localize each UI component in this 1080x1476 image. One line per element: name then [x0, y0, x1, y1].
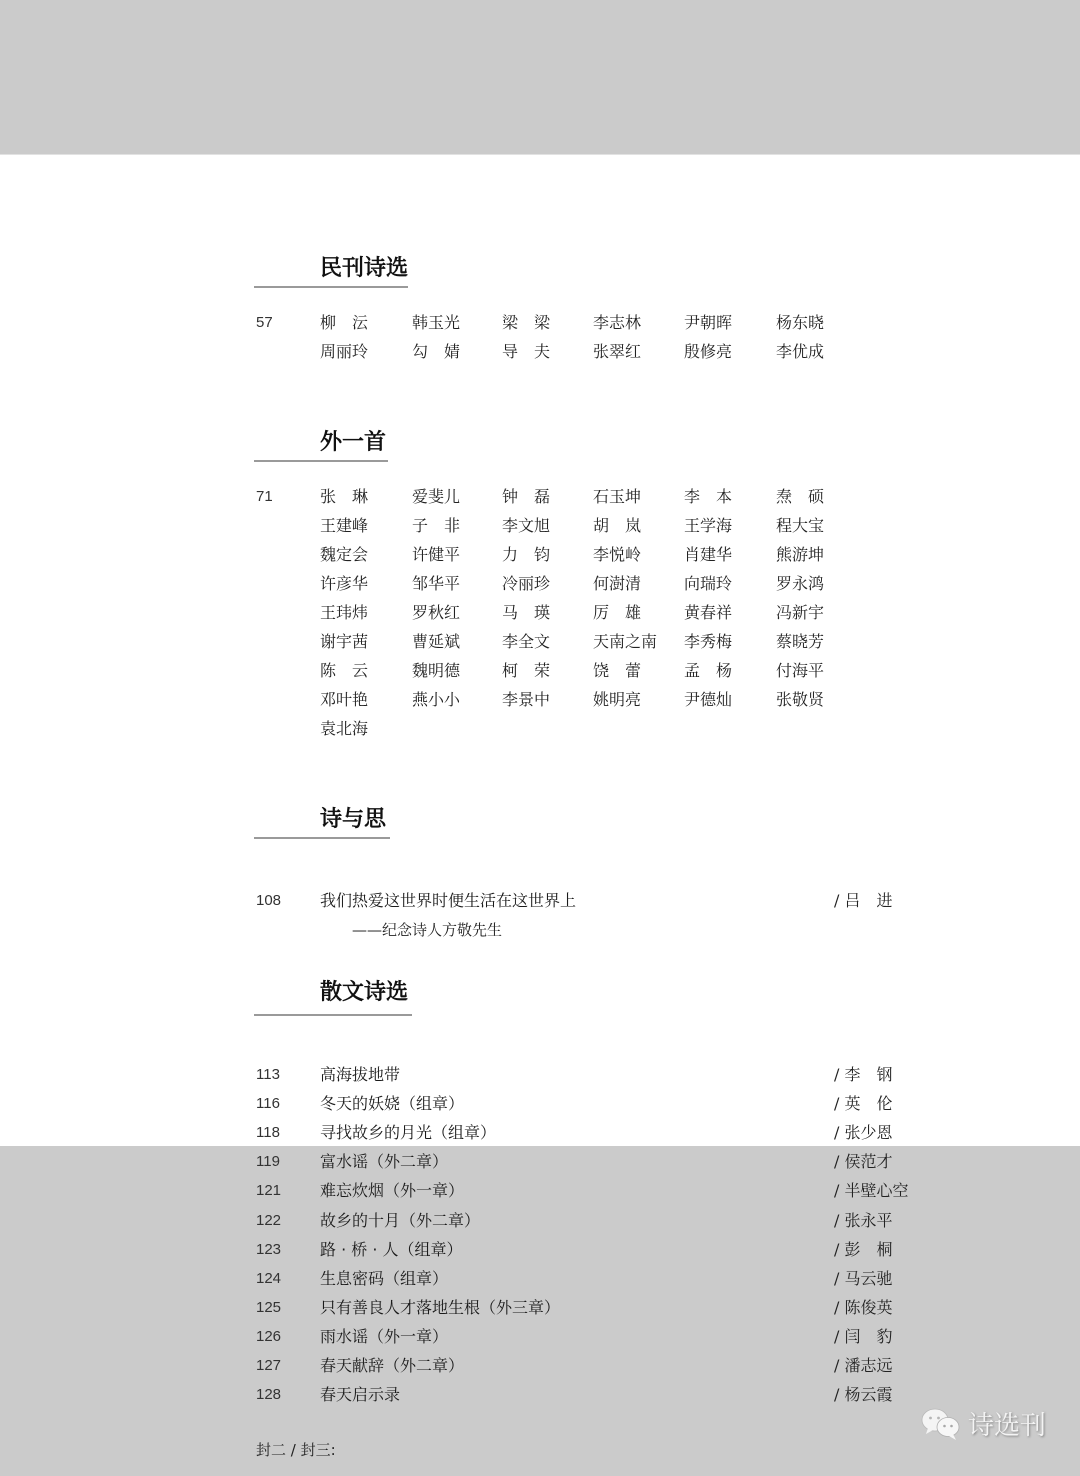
- author-name: 导 夫: [502, 342, 593, 371]
- page-number: 123: [256, 1240, 281, 1260]
- author-name: 张敬贤: [776, 690, 846, 719]
- entry-title: 春天献辞（外二章）: [320, 1356, 464, 1376]
- toc-entry[interactable]: 125只有善良人才落地生根（外三章）/ 陈俊英: [0, 1298, 1080, 1320]
- entry-title: 寻找故乡的月光（组章）: [320, 1123, 496, 1143]
- author-name: 李优成: [776, 342, 846, 371]
- toc-entry[interactable]: 108 我们热爱这世界时便生活在这世界上 / 吕 进: [0, 891, 1080, 913]
- author-name: 袁北海: [320, 719, 412, 748]
- author-name: 勾 婧: [412, 342, 502, 371]
- cover-note: 封二 / 封三:: [256, 1440, 336, 1460]
- author-name: 天南之南: [593, 632, 684, 661]
- author-name: 熊游坤: [776, 545, 846, 574]
- wechat-icon: [920, 1406, 962, 1446]
- toc-entry[interactable]: 126雨水谣（外一章）/ 闫 豹: [0, 1327, 1080, 1349]
- entry-author: / 李 钢: [834, 1065, 892, 1085]
- author-name: 冯新宇: [776, 603, 846, 632]
- toc-entry[interactable]: 116冬天的妖娆（组章）/ 英 伦: [0, 1094, 1080, 1116]
- author-name: 肖建华: [684, 545, 776, 574]
- author-name: 魏定会: [320, 545, 412, 574]
- table-of-contents: 民刊诗选 57 柳 沄韩玉光梁 梁李志林尹朝晖杨东晓周丽玲勾 婧导 夫张翠红殷修…: [0, 0, 1080, 1476]
- page-number: 57: [256, 313, 273, 333]
- author-name: 尹朝晖: [684, 313, 776, 342]
- author-name: 邹华平: [412, 574, 502, 603]
- toc-entry[interactable]: 124生息密码（组章）/ 马云驰: [0, 1269, 1080, 1291]
- toc-entry[interactable]: 123路 · 桥 · 人（组章）/ 彭 桐: [0, 1240, 1080, 1262]
- toc-entry[interactable]: 121难忘炊烟（外一章）/ 半壁心空: [0, 1181, 1080, 1203]
- toc-entry[interactable]: 122故乡的十月（外二章）/ 张永平: [0, 1211, 1080, 1233]
- toc-entry[interactable]: 128春天启示录/ 杨云霞: [0, 1385, 1080, 1407]
- author-name: 力 钧: [502, 545, 593, 574]
- author-name: 陈 云: [320, 661, 412, 690]
- author-name: 姚明亮: [593, 690, 684, 719]
- author-name-grid: 柳 沄韩玉光梁 梁李志林尹朝晖杨东晓周丽玲勾 婧导 夫张翠红殷修亮李优成: [320, 313, 846, 371]
- entry-author: / 吕 进: [834, 891, 892, 911]
- entry-author: / 马云驰: [834, 1269, 892, 1289]
- author-name: 张 琳: [320, 487, 412, 516]
- page-number: 108: [256, 891, 281, 911]
- entry-subtitle: ——纪念诗人方敬先生: [352, 920, 502, 940]
- author-name: 李秀梅: [684, 632, 776, 661]
- entry-title: 路 · 桥 · 人（组章）: [320, 1240, 463, 1260]
- section-rule: [254, 460, 388, 462]
- author-name: [502, 719, 593, 748]
- entry-author: / 潘志远: [834, 1356, 892, 1376]
- page-number: 116: [256, 1094, 280, 1114]
- author-name: 焘 硕: [776, 487, 846, 516]
- entry-author: / 半壁心空: [834, 1181, 908, 1201]
- author-name: 蔡晓芳: [776, 632, 846, 661]
- toc-entry[interactable]: 118寻找故乡的月光（组章）/ 张少恩: [0, 1123, 1080, 1145]
- entry-author: / 杨云霞: [834, 1385, 892, 1405]
- author-name: 冷丽珍: [502, 574, 593, 603]
- page-number: 71: [256, 487, 273, 507]
- author-name: 爱斐儿: [412, 487, 502, 516]
- entry-author: / 张少恩: [834, 1123, 892, 1143]
- author-name: 李景中: [502, 690, 593, 719]
- author-name: 钟 磊: [502, 487, 593, 516]
- author-name: 许健平: [412, 545, 502, 574]
- author-name: 厉 雄: [593, 603, 684, 632]
- author-name: 燕小小: [412, 690, 502, 719]
- section-title-waiyishou: 外一首: [320, 429, 386, 455]
- entry-author: / 闫 豹: [834, 1327, 892, 1347]
- entry-title: 富水谣（外二章）: [320, 1152, 448, 1172]
- page-number: 125: [256, 1298, 281, 1318]
- section-rule: [254, 837, 390, 839]
- page-number: 118: [256, 1123, 280, 1143]
- author-name: 罗秋红: [412, 603, 502, 632]
- toc-entry[interactable]: 119富水谣（外二章）/ 侯范才: [0, 1152, 1080, 1174]
- entry-author: / 侯范才: [834, 1152, 892, 1172]
- entry-title: 雨水谣（外一章）: [320, 1327, 448, 1347]
- section-title-shiyusi: 诗与思: [320, 806, 386, 832]
- author-name: 谢宇茜: [320, 632, 412, 661]
- section-rule: [254, 1014, 412, 1016]
- entry-title: 难忘炊烟（外一章）: [320, 1181, 464, 1201]
- author-name: 柳 沄: [320, 313, 412, 342]
- author-name: 黄春祥: [684, 603, 776, 632]
- author-name: 罗永鸿: [776, 574, 846, 603]
- author-name: 李全文: [502, 632, 593, 661]
- author-name: 殷修亮: [684, 342, 776, 371]
- author-name: 周丽玲: [320, 342, 412, 371]
- author-name: [412, 719, 502, 748]
- page-number: 113: [256, 1065, 280, 1085]
- entry-author: / 张永平: [834, 1211, 892, 1231]
- author-name: 李 本: [684, 487, 776, 516]
- author-name: 曹延斌: [412, 632, 502, 661]
- author-name: 饶 蕾: [593, 661, 684, 690]
- entry-title: 只有善良人才落地生根（外三章）: [320, 1298, 560, 1318]
- author-name: 梁 梁: [502, 313, 593, 342]
- author-name: 王学海: [684, 516, 776, 545]
- entry-author: / 陈俊英: [834, 1298, 892, 1318]
- author-name: 马 瑛: [502, 603, 593, 632]
- author-name: 何澍清: [593, 574, 684, 603]
- author-name: 尹德灿: [684, 690, 776, 719]
- author-name: 程大宝: [776, 516, 846, 545]
- author-name: 胡 岚: [593, 516, 684, 545]
- section-title-sanwen: 散文诗选: [320, 979, 408, 1005]
- author-name: 子 非: [412, 516, 502, 545]
- page-number: 122: [256, 1211, 281, 1231]
- author-name: 孟 杨: [684, 661, 776, 690]
- author-name: 韩玉光: [412, 313, 502, 342]
- entry-title: 生息密码（组章）: [320, 1269, 448, 1289]
- author-name: 王建峰: [320, 516, 412, 545]
- author-name: 柯 荣: [502, 661, 593, 690]
- toc-entry[interactable]: 113高海拔地带/ 李 钢: [0, 1065, 1080, 1087]
- page-number: 127: [256, 1356, 281, 1376]
- entry-title: 高海拔地带: [320, 1065, 400, 1085]
- author-name: 向瑞玲: [684, 574, 776, 603]
- entry-author: / 彭 桐: [834, 1240, 892, 1260]
- author-name: 李志林: [593, 313, 684, 342]
- entry-title: 春天启示录: [320, 1385, 400, 1405]
- author-name: 杨东晓: [776, 313, 846, 342]
- author-name: 邓叶艳: [320, 690, 412, 719]
- author-name: 许彦华: [320, 574, 412, 603]
- watermark-text: 诗选刊: [968, 1411, 1046, 1441]
- author-name: [684, 719, 776, 748]
- author-name: 石玉坤: [593, 487, 684, 516]
- watermark: 诗选刊: [920, 1406, 1046, 1446]
- author-name: 张翠红: [593, 342, 684, 371]
- author-name: 李悦岭: [593, 545, 684, 574]
- entry-title: 故乡的十月（外二章）: [320, 1211, 480, 1231]
- page-number: 121: [256, 1181, 281, 1201]
- author-name-grid: 张 琳爱斐儿钟 磊石玉坤李 本焘 硕王建峰子 非李文旭胡 岚王学海程大宝魏定会许…: [320, 487, 846, 748]
- author-name: 王玮炜: [320, 603, 412, 632]
- page-number: 126: [256, 1327, 281, 1347]
- author-name: 李文旭: [502, 516, 593, 545]
- author-name: [593, 719, 684, 748]
- author-name: 付海平: [776, 661, 846, 690]
- page-number: 124: [256, 1269, 281, 1289]
- page-number: 119: [256, 1152, 280, 1172]
- entry-author: / 英 伦: [834, 1094, 892, 1114]
- entry-title: 我们热爱这世界时便生活在这世界上: [320, 891, 576, 911]
- author-name: 魏明德: [412, 661, 502, 690]
- entry-title: 冬天的妖娆（组章）: [320, 1094, 464, 1114]
- section-rule: [254, 286, 408, 288]
- section-title-minkan: 民刊诗选: [320, 255, 408, 281]
- toc-entry[interactable]: 127春天献辞（外二章）/ 潘志远: [0, 1356, 1080, 1378]
- page-number: 128: [256, 1385, 281, 1405]
- author-name: [776, 719, 846, 748]
